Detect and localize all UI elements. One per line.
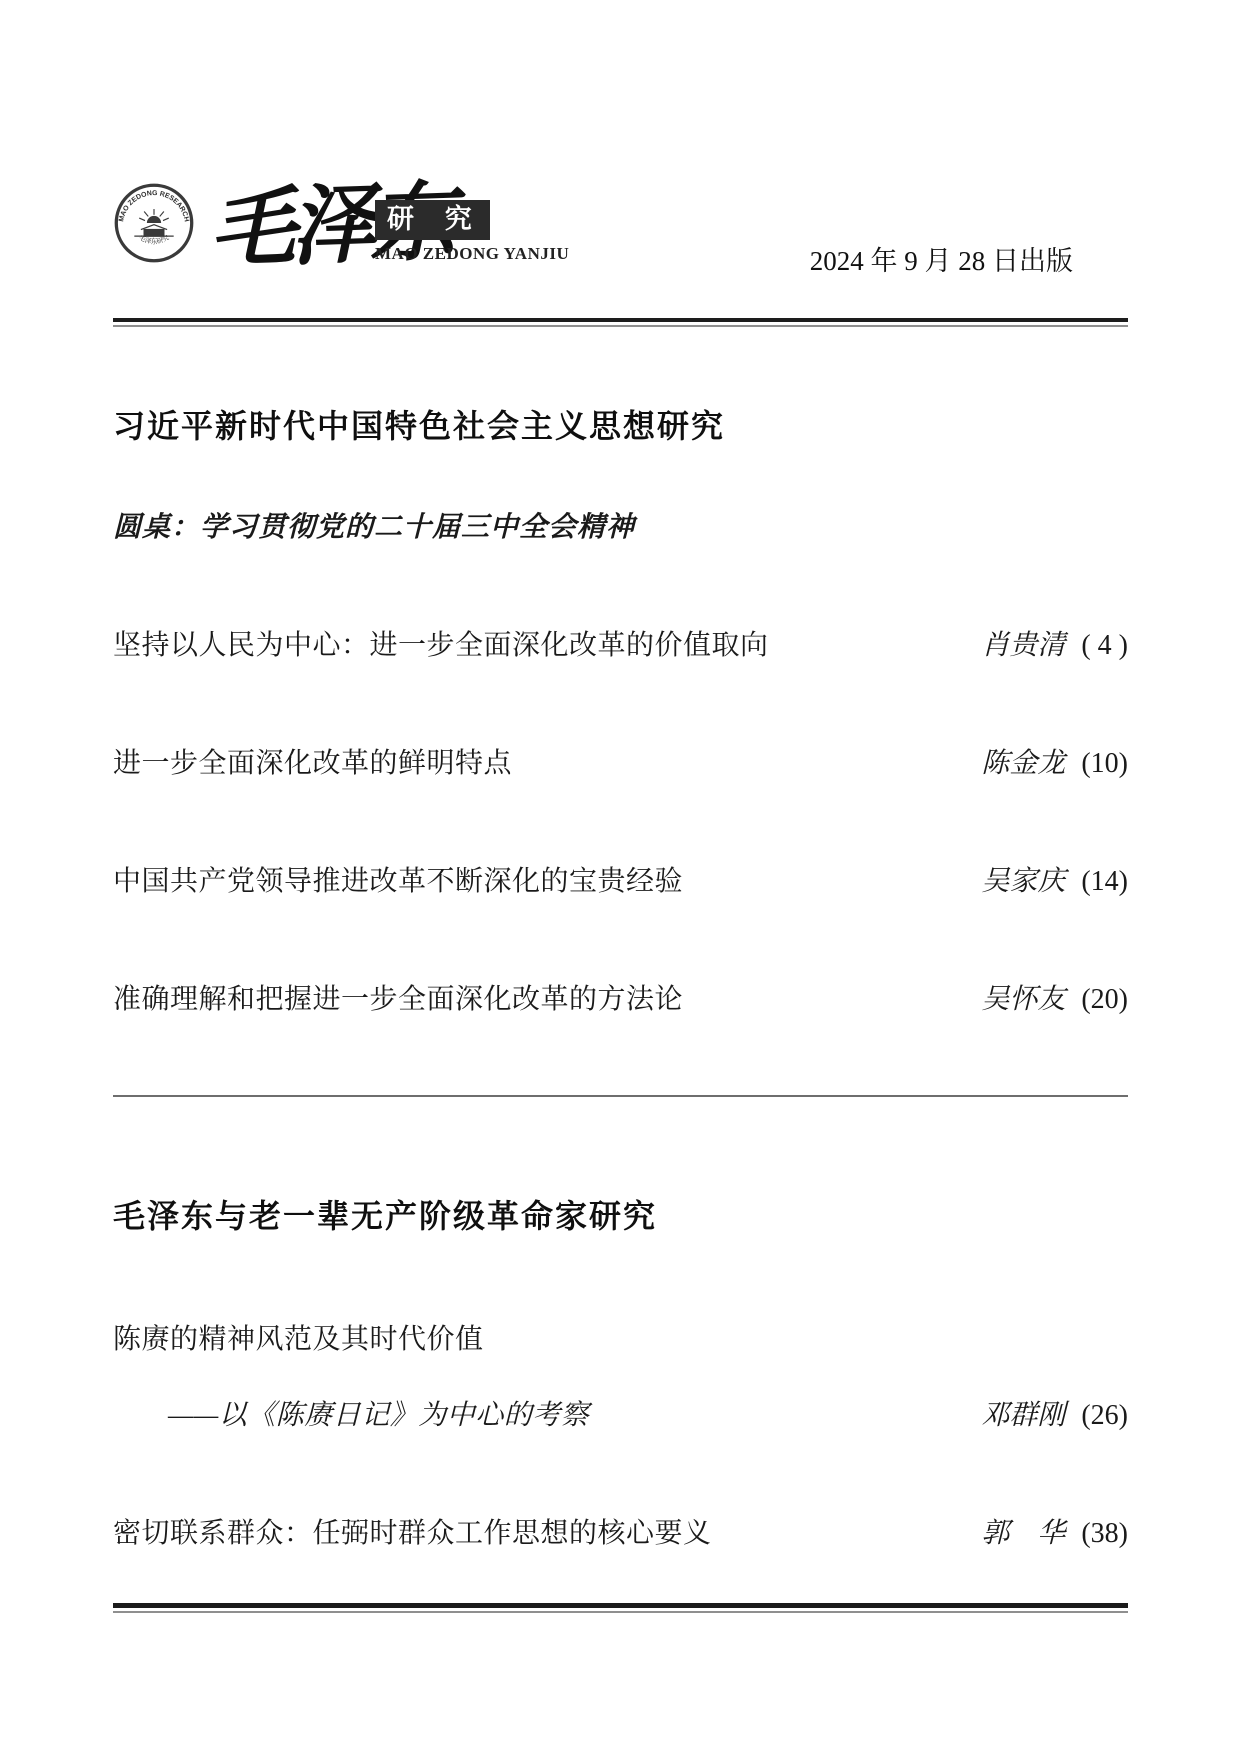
entry-page-number: ( 4 )	[1081, 630, 1128, 662]
toc-entry: 坚持以人民为中心：进一步全面深化改革的价值取向 肖贵清 ( 4 )	[113, 623, 1128, 663]
entry-author: 肖贵清	[981, 623, 1065, 663]
entry-title: 密切联系群众：任弼时群众工作思想的核心要义	[113, 1511, 712, 1551]
footer-rule	[113, 1603, 1128, 1613]
entry-title: 进一步全面深化改革的鲜明特点	[113, 741, 512, 781]
entry-title: 坚持以人民为中心：进一步全面深化改革的价值取向	[113, 623, 769, 663]
entry-title: 陈赓的精神风范及其时代价值	[113, 1317, 484, 1357]
toc-entry: 陈赓的精神风范及其时代价值	[113, 1317, 1128, 1357]
section-heading-1: 习近平新时代中国特色社会主义思想研究	[113, 401, 1128, 447]
entry-page-number: (26)	[1081, 1400, 1128, 1432]
toc-entry: 准确理解和把握进一步全面深化改革的方法论 吴怀友 (20)	[113, 977, 1128, 1017]
toc-entry: 进一步全面深化改革的鲜明特点 陈金龙 (10)	[113, 741, 1128, 781]
header-rule	[113, 318, 1128, 327]
entry-page-number: (38)	[1081, 1518, 1128, 1550]
seal-graphic: MAO ZEDONG RESEARCH	[113, 182, 195, 264]
entry-meta: 郭 华 (38)	[981, 1511, 1128, 1551]
section-divider-rule	[113, 1095, 1128, 1097]
entry-author: 邓群刚	[981, 1393, 1065, 1433]
entry-meta: 吴家庆 (14)	[981, 859, 1128, 899]
entry-meta: 肖贵清 ( 4 )	[981, 623, 1128, 663]
entry-author: 吴怀友	[981, 977, 1065, 1017]
masthead-title-column: 研 究 MAO ZEDONG YANJIU	[375, 200, 585, 264]
toc-entry: 中国共产党领导推进改革不断深化的宝贵经验 吴家庆 (14)	[113, 859, 1128, 899]
entry-title: 准确理解和把握进一步全面深化改革的方法论	[113, 977, 683, 1017]
entry-author: 郭 华	[981, 1511, 1065, 1551]
entry-meta: 陈金龙 (10)	[981, 741, 1128, 781]
entry-meta: 吴怀友 (20)	[981, 977, 1128, 1017]
entry-author: 吴家庆	[981, 859, 1065, 899]
seal-sun-icon	[139, 209, 169, 223]
journal-toc-page: MAO ZEDONG RESEARCH	[0, 0, 1241, 1755]
masthead-title-latin: MAO ZEDONG YANJIU	[375, 244, 585, 264]
publish-date: 2024 年 9 月 28 日出版	[810, 239, 1073, 278]
masthead-title-block: 研 究	[375, 200, 490, 240]
entry-author: 陈金龙	[981, 741, 1065, 781]
entry-page-number: (20)	[1081, 984, 1128, 1016]
section-heading-2: 毛泽东与老一辈无产阶级革命家研究	[113, 1191, 1128, 1237]
masthead: MAO ZEDONG RESEARCH	[113, 172, 1128, 284]
entry-page-number: (10)	[1081, 748, 1128, 780]
seal-building-icon	[134, 225, 173, 236]
entry-meta: 邓群刚 (26)	[981, 1393, 1128, 1433]
entry-page-number: (14)	[1081, 866, 1128, 898]
journal-seal: MAO ZEDONG RESEARCH	[113, 182, 195, 264]
entry-title: 中国共产党领导推进改革不断深化的宝贵经验	[113, 859, 683, 899]
entry-subtitle: ——以《陈赓日记》为中心的考察	[113, 1393, 589, 1433]
toc-entry: 密切联系群众：任弼时群众工作思想的核心要义 郭 华 (38)	[113, 1511, 1128, 1551]
section-subheading-roundtable: 圆桌：学习贯彻党的二十届三中全会精神	[113, 505, 1128, 545]
toc-entry-subtitle-line: ——以《陈赓日记》为中心的考察 邓群刚 (26)	[113, 1393, 1128, 1433]
